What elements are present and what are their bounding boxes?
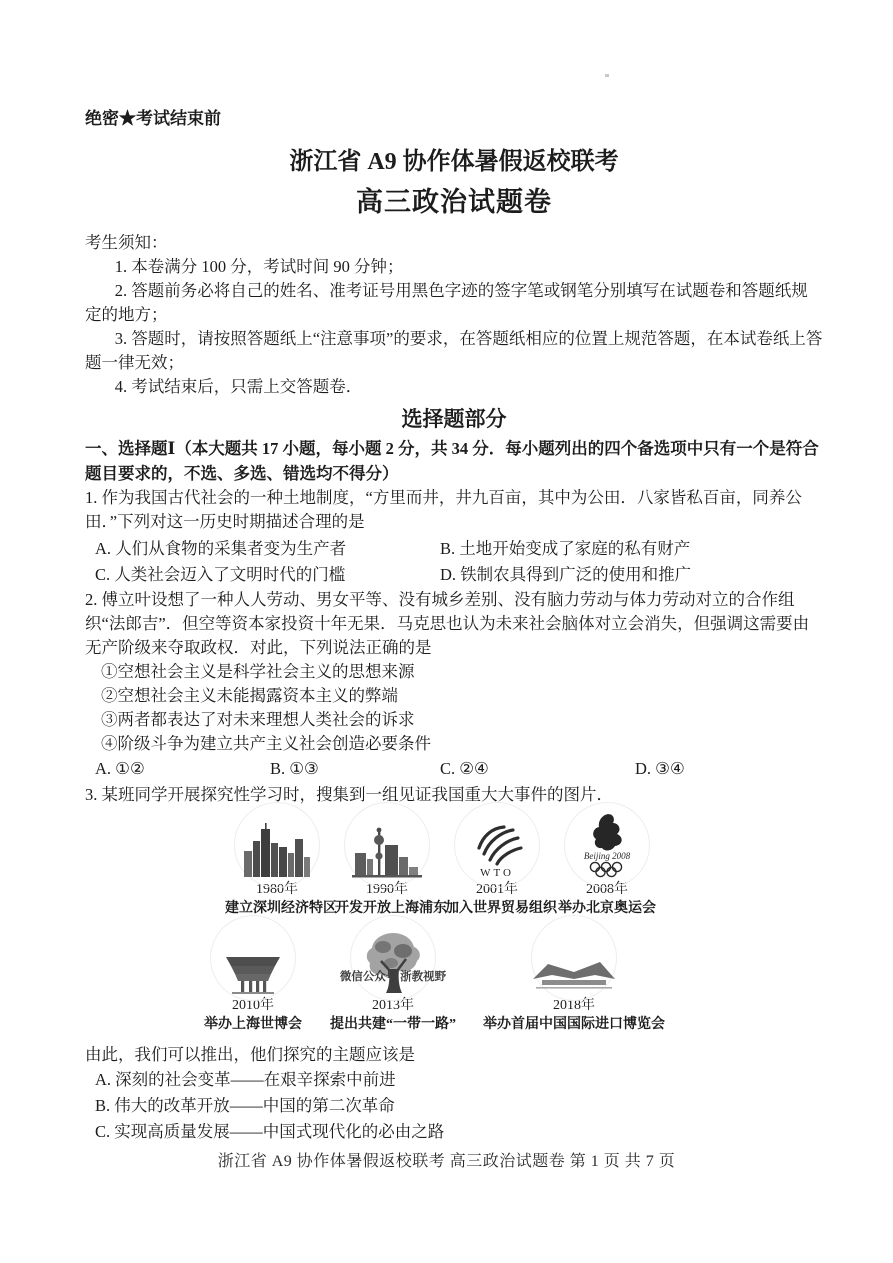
part1-heading: 一、选择题Ⅰ（本大题共 17 小题，每小题 2 分，共 34 分．每小题列出的四… [85,436,823,486]
pudong-skyline-icon [352,823,422,879]
option-d: D. ③④ [635,756,823,781]
question-3: 3. 某班同学开展探究性学习时，搜集到一组见证我国重大大事件的图片． [85,783,823,1145]
shanghai-expo-pavilion-icon [218,943,288,995]
beijing-2008-olympics-icon [580,813,634,851]
import-expo-venue-icon [531,949,617,995]
notice-item-4: 4. 考试结束后，只需上交答题卷． [85,375,823,399]
page-footer: 浙江省 A9 协作体暑假返校联考 高三政治试题卷 第 1 页 共 7 页 [0,1150,893,1174]
milestone-2001: WTO 2001年 加入世界贸易组织 [445,811,549,919]
statement-1: ①空想社会主义是科学社会主义的思想来源 [101,660,823,684]
milestone-caption: 提出共建“一带一路” [318,1015,468,1035]
option-d: D. 铁制农具得到广泛的使用和推广 [440,562,823,588]
question-3-options: A. 深刻的社会变革——在艰辛探索中前进 B. 伟大的改革开放——中国的第二次革… [85,1067,823,1145]
wto-logo-icon [470,824,524,866]
question-2-statements: ①空想社会主义是科学社会主义的思想来源 ②空想社会主义未能揭露资本主义的弊端 ③… [85,660,823,756]
question-2-options: A. ①② B. ①③ C. ②④ D. ③④ [85,756,823,781]
question-3-stem: 3. 某班同学开展探究性学习时，搜集到一组见证我国重大大事件的图片． [85,783,823,807]
notice-item-3: 3. 答题时，请按照答题纸上“注意事项”的要求，在答题纸相应的位置上规范答题，在… [85,327,823,375]
wto-label: WTO [480,867,514,879]
question-3-conclusion: 由此，我们可以推出，他们探究的主题应该是 [85,1043,823,1067]
statement-3: ③两者都表达了对未来理想人类社会的诉求 [101,708,823,732]
question-2: 2. 傅立叶设想了一种人人劳动、男女平等、没有城乡差别、没有脑力劳动与体力劳动对… [85,588,823,781]
question-2-stem: 2. 傅立叶设想了一种人人劳动、男女平等、没有城乡差别、没有脑力劳动与体力劳动对… [85,588,823,660]
option-c: C. ②④ [440,756,635,781]
milestone-caption: 举办上海世博会 [194,1015,312,1035]
question-1: 1. 作为我国古代社会的一种土地制度，“方里而井，井九百亩，其中为公田．八家皆私… [85,486,823,588]
scan-artifact-dot [605,74,609,77]
candidate-notice: 考生须知： 1. 本卷满分 100 分，考试时间 90 分钟； 2. 答题前务必… [85,231,823,399]
option-c: C. 实现高质量发展——中国式现代化的必由之路 [95,1119,823,1145]
milestone-2018: 2018年 举办首届中国国际进口博览会 [474,921,674,1035]
milestone-2013: 微信公众号 浙教视野 2013年 提出共建“一带一路” [318,921,468,1035]
olympic-rings-icon [584,861,630,879]
option-b: B. 伟大的改革开放——中国的第二次革命 [95,1093,823,1119]
paper-subject-title: 高三政治试题卷 [85,186,823,219]
notice-heading: 考生须知： [85,231,823,255]
section-title: 选择题部分 [85,405,823,433]
watermark-text: 微信公众号 浙教视野 [340,965,446,989]
option-b: B. 土地开始变成了家庭的私有财产 [440,536,823,562]
secrecy-label: 绝密★考试结束前 [85,108,823,129]
option-c: C. 人类社会迈入了文明时代的门槛 [95,562,440,588]
exam-paper-page: 绝密★考试结束前 浙江省 A9 协作体暑假返校联考 高三政治试题卷 考生须知： … [0,0,893,1263]
milestone-caption: 举办首届中国国际进口博览会 [474,1015,674,1035]
option-a: A. 深刻的社会变革——在艰辛探索中前进 [95,1067,823,1093]
milestone-1990: 1990年 开发开放上海浦东 [335,811,439,919]
option-a: A. 人们从食物的采集者变为生产者 [95,536,440,562]
notice-item-2: 2. 答题前务必将自己的姓名、准考证号用黑色字迹的签字笔或钢笔分别填写在试题卷和… [85,279,823,327]
shenzhen-skyline-icon [242,821,312,879]
milestone-images-row-2: 2010年 举办上海世博会 微信公众号 浙教视野 [65,921,803,1035]
milestone-2010: 2010年 举办上海世博会 [194,921,312,1035]
milestone-images-row-1: 1980年 建立深圳经济特区 [73,811,811,919]
notice-item-1: 1. 本卷满分 100 分，考试时间 90 分钟； [85,255,823,279]
statement-2: ②空想社会主义未能揭露资本主义的弊端 [101,684,823,708]
milestone-1980: 1980年 建立深圳经济特区 [225,811,329,919]
option-b: B. ①③ [270,756,440,781]
milestone-2008: Beijing 2008 2008年 举办北京奥运会 [555,811,659,919]
exam-title: 浙江省 A9 协作体暑假返校联考 [85,147,823,178]
question-1-options: A. 人们从食物的采集者变为生产者 B. 土地开始变成了家庭的私有财产 C. 人… [85,536,823,588]
option-a: A. ①② [95,756,270,781]
page-content: 绝密★考试结束前 浙江省 A9 协作体暑假返校联考 高三政治试题卷 考生须知： … [0,0,893,1145]
statement-4: ④阶级斗争为建立共产主义社会创造必要条件 [101,732,823,756]
question-1-stem: 1. 作为我国古代社会的一种土地制度，“方里而井，井九百亩，其中为公田．八家皆私… [85,486,823,534]
milestone-caption: 加入世界贸易组织 [445,899,549,919]
beijing-2008-script: Beijing 2008 [584,851,630,861]
